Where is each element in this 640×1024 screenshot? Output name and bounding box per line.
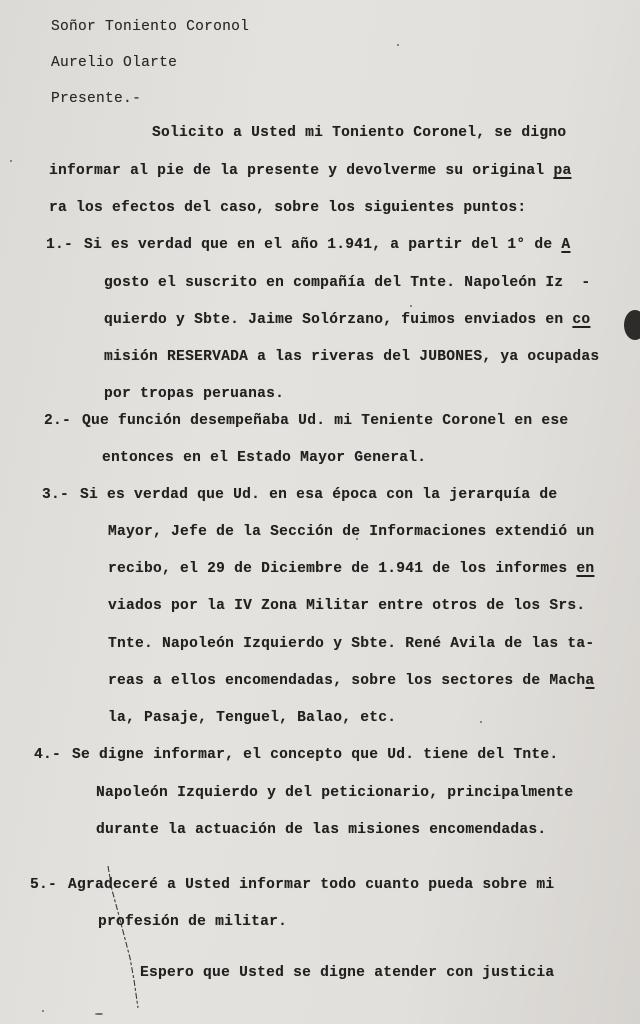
point-5-line: profesión de militar. — [98, 913, 287, 931]
point-number: 4.- — [34, 746, 61, 764]
point-3-line: viados por la IV Zona Militar entre otro… — [108, 597, 585, 615]
point-1-line: por tropas peruanas. — [104, 385, 284, 403]
recipient-name: Aurelio Olarte — [51, 54, 177, 72]
point-number: 1.- — [46, 236, 73, 254]
point-3-line: reas a ellos encomendadas, sobre los sec… — [108, 672, 594, 690]
point-1-line: Si es verdad que en el año 1.941, a part… — [84, 236, 570, 254]
point-line-underlined-syllable: co — [572, 312, 590, 328]
intro-line-2-text: informar al pie de la presente y devolve… — [49, 163, 553, 179]
point-number: 5.- — [30, 876, 57, 894]
paper-speck — [42, 1010, 44, 1012]
point-3-line: la, Pasaje, Tenguel, Balao, etc. — [108, 709, 396, 727]
point-line-text: misión RESERVADA a las riveras del JUBON… — [104, 349, 599, 365]
intro-line-2: informar al pie de la presente y devolve… — [49, 162, 571, 180]
point-3-line: Tnte. Napoleón Izquierdo y Sbte. René Av… — [108, 635, 594, 653]
point-4-line: Napoleón Izquierdo y del peticionario, p… — [96, 784, 573, 802]
recipient-title: Soñor Toniento Coronol — [51, 18, 249, 36]
point-number: 2.- — [44, 412, 71, 430]
punch-hole — [624, 310, 640, 340]
intro-line-1: Solicito a Usted mi Toniento Coronel, se… — [152, 124, 566, 142]
intro-line-3: ra los efectos del caso, sobre los sigui… — [49, 199, 526, 217]
point-line-text: recibo, el 29 de Diciembre de 1.941 de l… — [108, 561, 576, 577]
scanned-letter-page: Soñor Toniento Coronol Aurelio Olarte Pr… — [0, 0, 640, 1024]
point-line-text: Tnte. Napoleón Izquierdo y Sbte. René Av… — [108, 636, 594, 652]
point-line-text: Se digne informar, el concepto que Ud. t… — [72, 747, 558, 763]
point-line-text: profesión de militar. — [98, 914, 287, 930]
point-5-line: Agradeceré a Usted informar todo cuanto … — [68, 876, 554, 894]
point-line-text: Que función desempeñaba Ud. mi Teniente … — [82, 413, 568, 429]
intro-line-2-underlined: pa — [553, 163, 571, 179]
point-1-line: misión RESERVADA a las riveras del JUBON… — [104, 348, 599, 366]
point-line-text: Napoleón Izquierdo y del peticionario, p… — [96, 785, 573, 801]
point-line-text: viados por la IV Zona Militar entre otro… — [108, 598, 585, 614]
point-line-underlined-syllable: en — [576, 561, 594, 577]
point-line-underlined-syllable: a — [585, 673, 594, 689]
point-3-line: recibo, el 29 de Diciembre de 1.941 de l… — [108, 560, 594, 578]
point-line-text: durante la actuación de las misiones enc… — [96, 822, 546, 838]
point-line-text: Agradeceré a Usted informar todo cuanto … — [68, 877, 554, 893]
point-number: 3.- — [42, 486, 69, 504]
paper-speck — [410, 305, 412, 307]
pen-mark — [0, 0, 640, 1024]
point-3-line: Si es verdad que Ud. en esa época con la… — [80, 486, 557, 504]
point-2-line: entonces en el Estado Mayor General. — [102, 449, 426, 467]
point-line-text: entonces en el Estado Mayor General. — [102, 450, 426, 466]
point-1-line: gosto el suscrito en compañía del Tnte. … — [104, 274, 590, 292]
paper-speck — [95, 1013, 103, 1015]
closing-line: Espero que Usted se digne atender con ju… — [140, 964, 554, 982]
point-2-line: Que función desempeñaba Ud. mi Teniente … — [82, 412, 568, 430]
paper-speck — [397, 44, 399, 46]
point-line-text: reas a ellos encomendadas, sobre los sec… — [108, 673, 585, 689]
point-3-line: Mayor, Jefe de la Sección de Informacion… — [108, 523, 594, 541]
point-line-text: Si es verdad que Ud. en esa época con la… — [80, 487, 557, 503]
point-4-line: Se digne informar, el concepto que Ud. t… — [72, 746, 558, 764]
point-line-text: por tropas peruanas. — [104, 386, 284, 402]
point-line-text: quierdo y Sbte. Jaime Solórzano, fuimos … — [104, 312, 572, 328]
point-line-underlined-syllable: A — [561, 237, 570, 253]
point-line-text: Si es verdad que en el año 1.941, a part… — [84, 237, 561, 253]
point-line-text: la, Pasaje, Tenguel, Balao, etc. — [108, 710, 396, 726]
point-1-line: quierdo y Sbte. Jaime Solórzano, fuimos … — [104, 311, 590, 329]
paper-speck — [480, 721, 482, 723]
point-line-text: gosto el suscrito en compañía del Tnte. … — [104, 275, 590, 291]
point-4-line: durante la actuación de las misiones enc… — [96, 821, 546, 839]
point-line-text: Mayor, Jefe de la Sección de Informacion… — [108, 524, 594, 540]
paper-speck — [10, 160, 12, 162]
recipient-presente: Presente.- — [51, 90, 141, 108]
